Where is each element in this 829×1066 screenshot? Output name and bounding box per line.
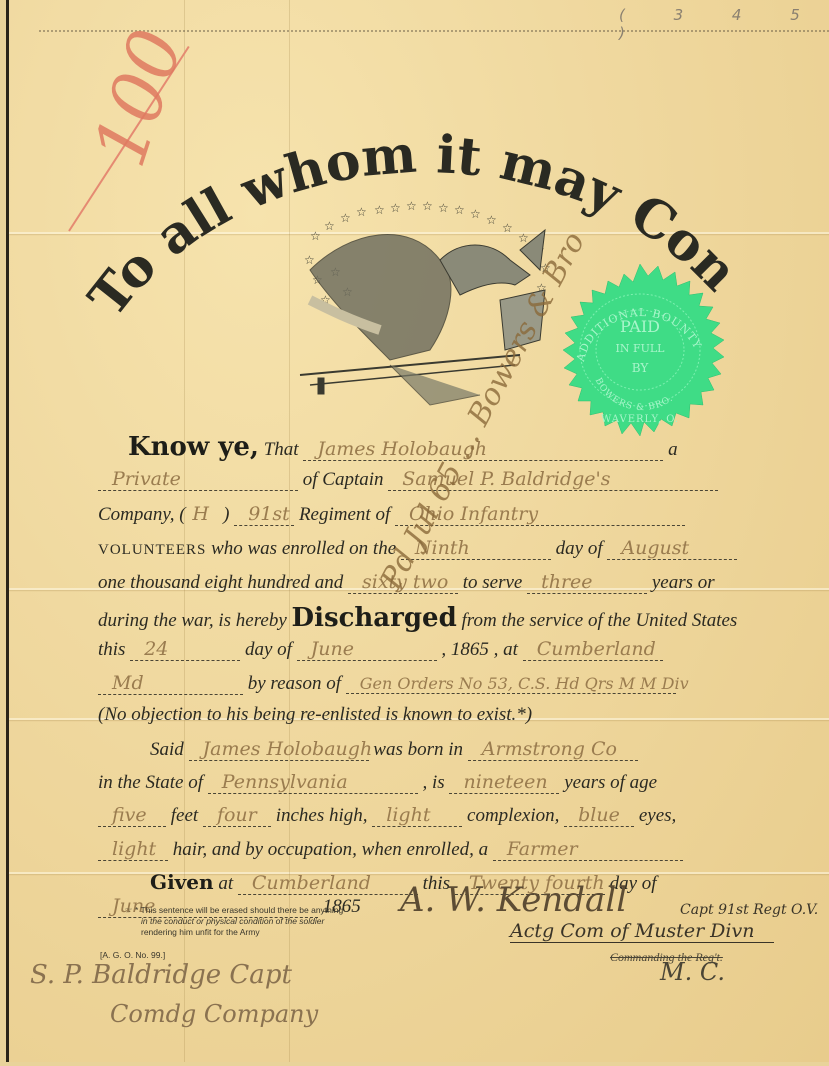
line-state-age: in the State of Pennsylvania , is ninete…: [98, 771, 768, 801]
reason-field: Gen Orders No 53, C.S. Hd Qrs M M Div: [346, 674, 676, 694]
this-label: this: [98, 639, 125, 660]
height-feet-field: five: [98, 804, 166, 827]
company-captain-signature: S. P. Baldridge Capt: [30, 960, 292, 990]
said-label: Said: [150, 739, 184, 760]
given-place-field: Cumberland: [238, 872, 418, 895]
volunteers-label: VOLUNTEERS: [98, 542, 206, 558]
age-field: nineteen: [449, 771, 559, 794]
line-description: five feet four inches high, light comple…: [98, 804, 768, 834]
pointing-hand-icon: ☞ *: [125, 905, 138, 915]
svg-text:BY: BY: [632, 361, 650, 375]
discharge-place-field: Cumberland: [523, 638, 663, 661]
eyes-label: eyes,: [639, 805, 676, 826]
footnote-line: in the conduct or physical condition of …: [125, 916, 343, 927]
line-discharged: during the war, is hereby Discharged fro…: [98, 603, 768, 633]
discharge-place-cont-field: Md: [98, 672, 243, 695]
by-reason-label: by reason of: [248, 673, 341, 694]
enroll-month-field: August: [607, 537, 737, 560]
years-of-age-label: years of age: [564, 772, 657, 793]
company-captain-title: Comdg Company: [110, 1000, 318, 1028]
hair-occupation-label: hair, and by occupation, when enrolled, …: [173, 839, 488, 860]
line-enroll-year: one thousand eight hundred and sixty two…: [98, 571, 768, 601]
state-label: in the State of: [98, 772, 203, 793]
line-reason: Md by reason of Gen Orders No 53, C.S. H…: [98, 672, 768, 702]
no-objection-text: (No objection to his being re-enlisted i…: [98, 704, 532, 725]
enrolled-label: who was enrolled on the: [211, 538, 396, 559]
discharge-day-field: 24: [130, 638, 240, 661]
svg-text:☆: ☆: [310, 229, 321, 243]
regiment-number-field: 91st: [234, 503, 294, 526]
serve-label: to serve: [463, 572, 523, 593]
at-label: at: [218, 873, 233, 894]
svg-text:☆: ☆: [486, 213, 497, 227]
svg-text:IN FULL: IN FULL: [616, 342, 666, 355]
article-a: a: [668, 439, 678, 460]
line-hair-occupation: light hair, and by occupation, when enro…: [98, 838, 768, 868]
officer-title: Capt 91st Regt O.V.: [680, 902, 818, 918]
officer-initials: M. C.: [660, 958, 725, 986]
height-inches-field: four: [203, 804, 271, 827]
svg-text:☆: ☆: [454, 203, 465, 217]
year-label: one thousand eight hundred and: [98, 572, 343, 593]
year-at-label: , 1865 , at: [441, 639, 518, 660]
given-label: Given: [150, 870, 214, 894]
officer-role: Actg Com of Muster Divn: [510, 920, 774, 943]
discharge-month-field: June: [297, 638, 437, 661]
eyes-field: blue: [564, 804, 634, 827]
of-captain-label: of Captain: [303, 469, 384, 490]
discharged-label: Discharged: [292, 603, 457, 633]
line-discharge-date: this 24 day of June , 1865 , at Cumberla…: [98, 638, 768, 668]
svg-text:☆: ☆: [374, 203, 385, 217]
rank-field: Private: [98, 468, 298, 491]
regiment-label: Regiment of: [299, 504, 390, 525]
state-field: Pennsylvania: [208, 771, 418, 794]
from-service-label: from the service of the United States: [462, 610, 738, 631]
born-in-label: was born in: [373, 739, 463, 760]
svg-text:☆: ☆: [304, 253, 315, 267]
bounty-paid-seal: ADDITIONAL BOUNTY BOWERS & BRO. PAID IN …: [542, 262, 738, 438]
complexion-field: light: [372, 804, 462, 827]
line-no-objection: (No objection to his being re-enlisted i…: [98, 704, 768, 734]
years-or-label: years or: [652, 572, 715, 593]
svg-text:☆: ☆: [324, 219, 335, 233]
company-close-label: ): [223, 504, 229, 525]
svg-text:☆: ☆: [470, 207, 481, 221]
svg-text:☆: ☆: [422, 200, 433, 213]
company-letter-field: H: [190, 503, 218, 525]
officer-signature: A. W. Kendall: [400, 880, 627, 920]
occupation-field: Farmer: [493, 838, 683, 861]
company-label: Company, (: [98, 504, 186, 525]
complexion-label: complexion,: [467, 805, 559, 826]
hair-field: light: [98, 838, 168, 861]
birthplace-field: Armstrong Co: [468, 738, 638, 761]
footnote-line: This sentence will be erased should ther…: [141, 905, 344, 915]
footnote: ☞ * This sentence will be erased should …: [125, 905, 343, 938]
svg-text:☆: ☆: [340, 211, 351, 225]
said-name-field: James Holobaugh: [189, 738, 369, 761]
is-label: , is: [423, 772, 445, 793]
feet-label: feet: [171, 805, 198, 826]
svg-text:☆: ☆: [502, 221, 513, 235]
svg-text:☆: ☆: [406, 200, 417, 213]
svg-text:☆: ☆: [356, 205, 367, 219]
svg-text:☆: ☆: [390, 201, 401, 215]
svg-text:☆: ☆: [438, 201, 449, 215]
day-of-label: day of: [556, 538, 603, 559]
form-number: [A. G. O. No. 99.]: [100, 950, 165, 960]
day-of-label: day of: [245, 639, 292, 660]
svg-text:WAVERLY, O.: WAVERLY, O.: [601, 414, 679, 425]
footnote-line: rendering him unfit for the Army: [125, 927, 343, 938]
inches-high-label: inches high,: [276, 805, 368, 826]
know-ye-label: Know ye,: [128, 432, 259, 462]
term-field: three: [527, 571, 647, 594]
line-birthplace: Said James Holobaugh was born in Armstro…: [150, 738, 770, 768]
that-label: That: [264, 439, 299, 460]
svg-text:☆: ☆: [518, 231, 529, 245]
svg-text:PAID: PAID: [620, 317, 660, 336]
during-war-label: during the war, is hereby: [98, 610, 287, 631]
